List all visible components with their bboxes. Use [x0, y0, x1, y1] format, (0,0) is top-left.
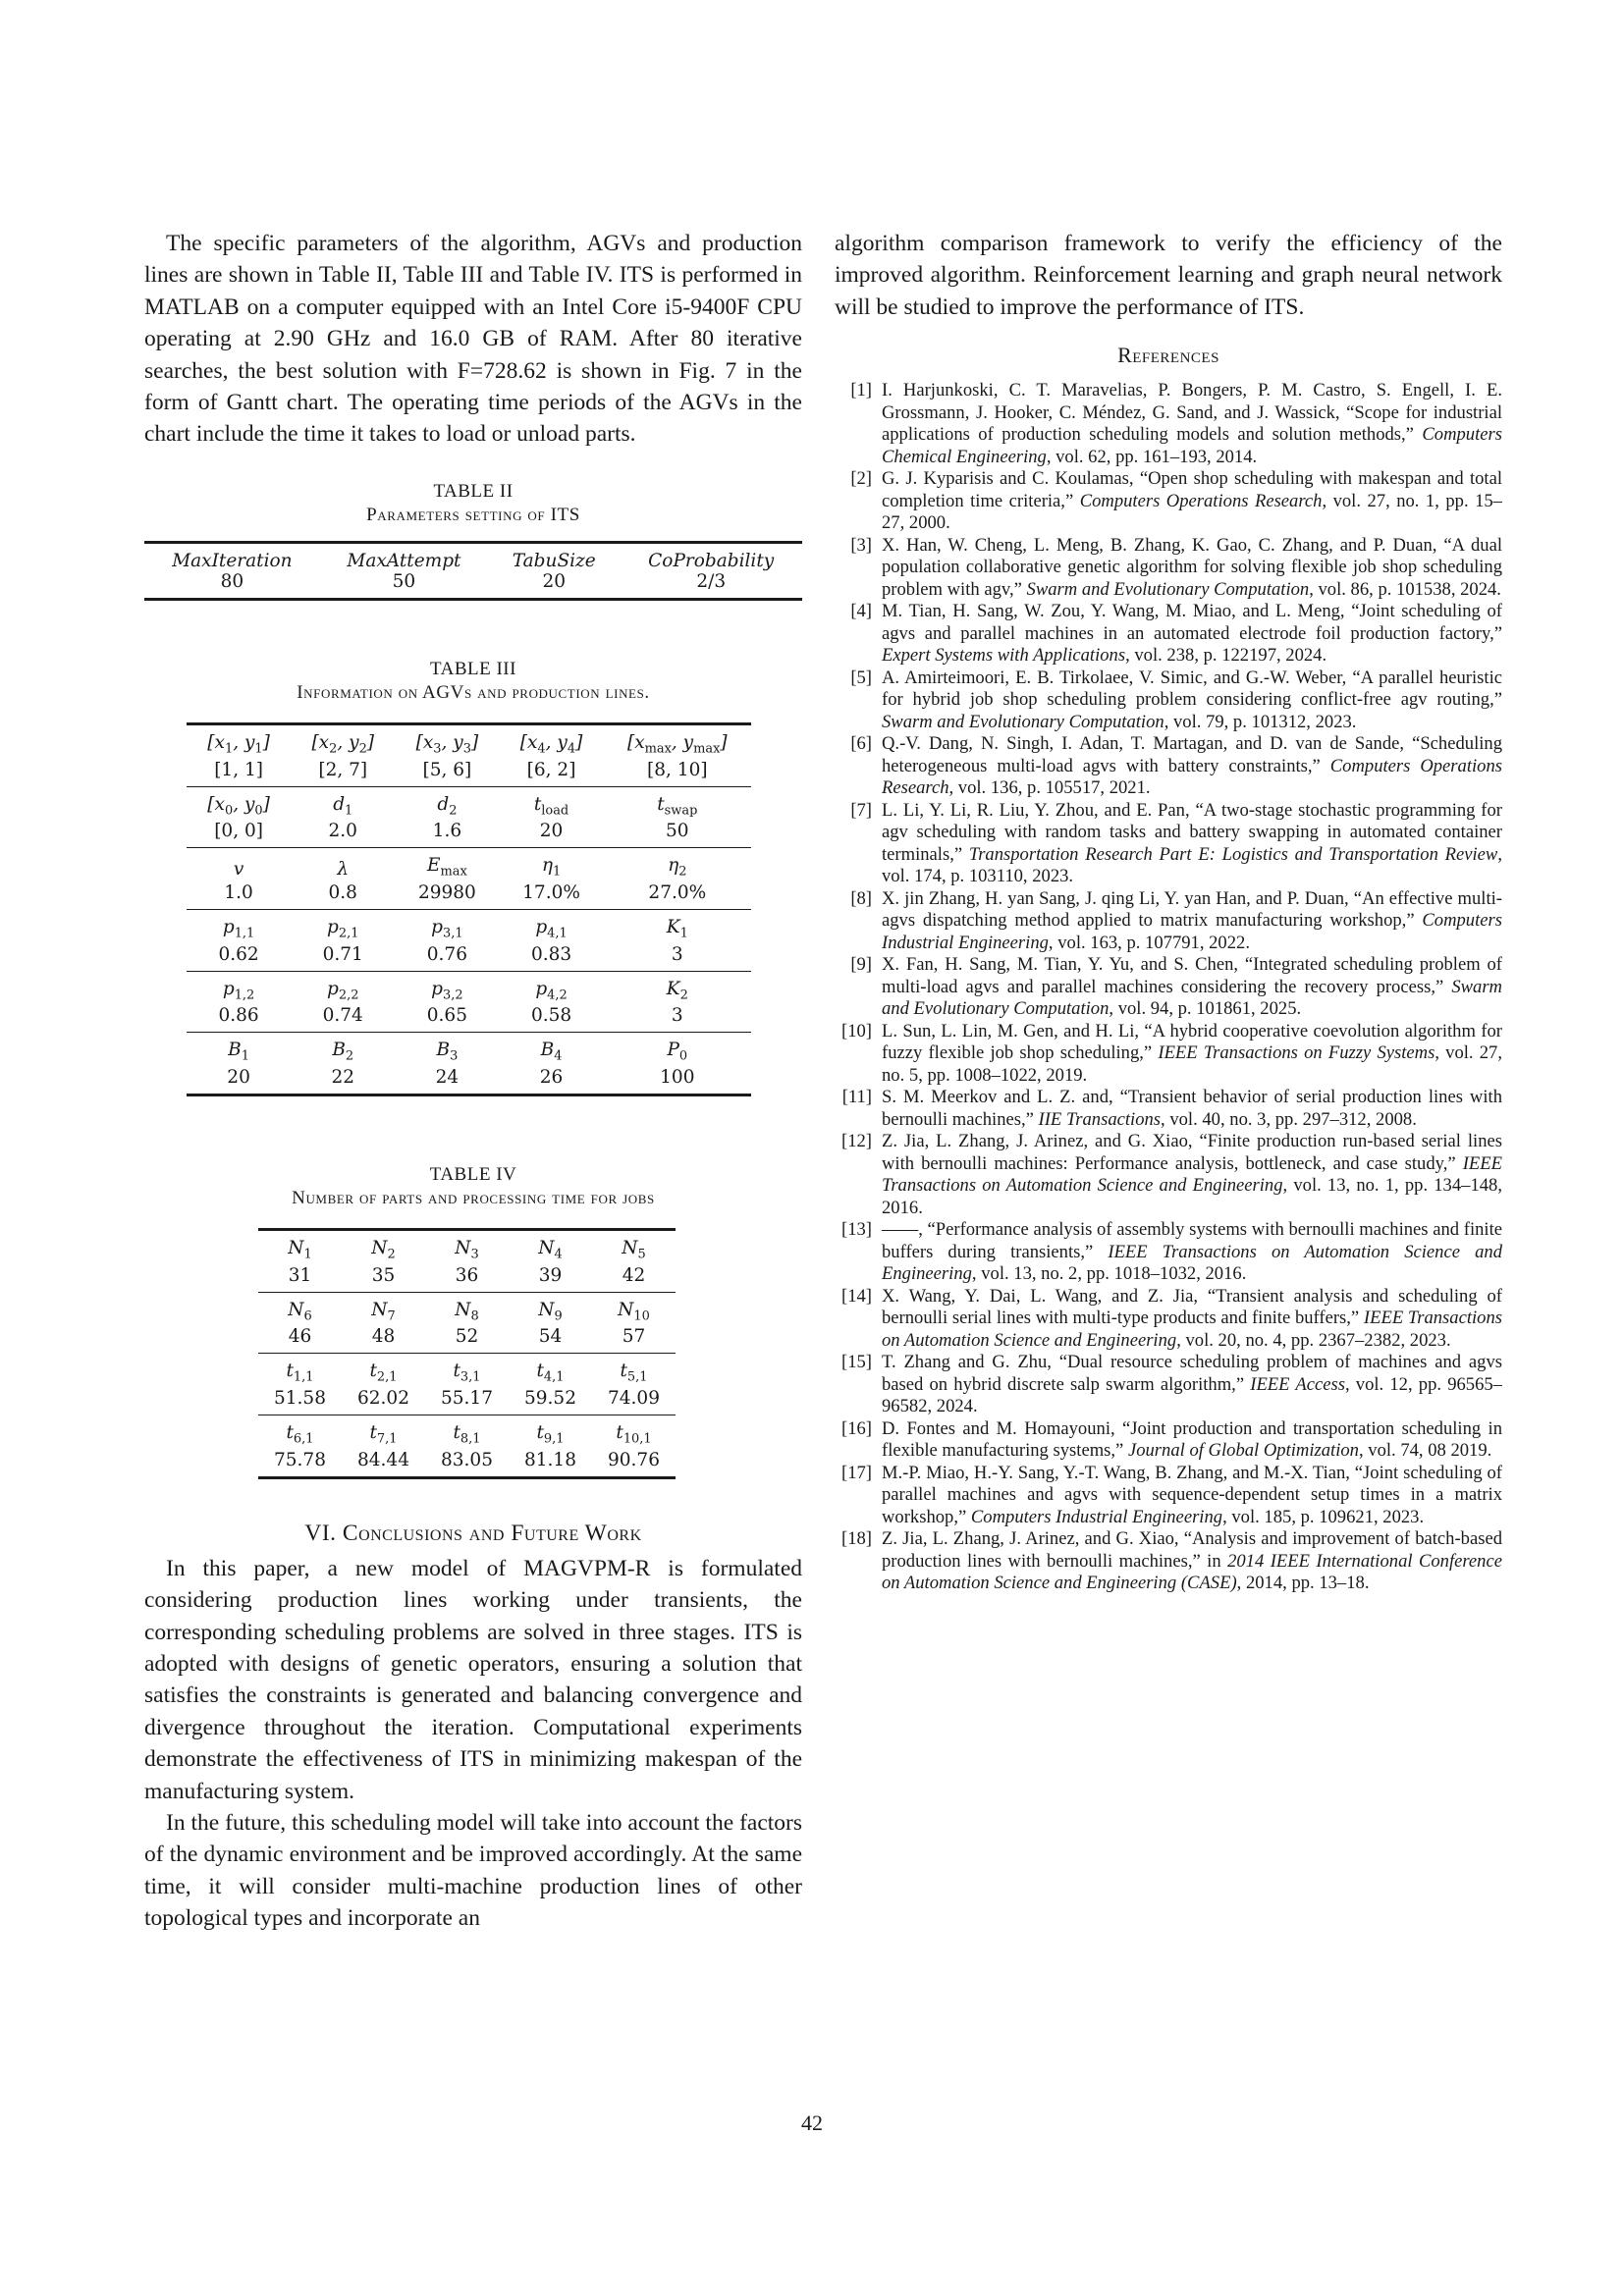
reference-number: [15] — [835, 1352, 872, 1374]
reference-item: [11]S. M. Meerkov and L. Z. and, “Transi… — [835, 1087, 1502, 1131]
table-row-symbols: [x0, y0]d1d2tloadtswap — [187, 786, 751, 821]
intro-paragraph: The specific parameters of the algorithm… — [144, 228, 802, 451]
reference-number: [3] — [835, 535, 872, 558]
reference-venue: 2014 IEEE International Conference on Au… — [882, 1551, 1502, 1594]
reference-number: [17] — [835, 1463, 872, 1485]
table-4-caption: TABLE IV Number of parts and processing … — [144, 1163, 802, 1210]
table-cell: 27.0% — [604, 882, 751, 910]
table-cell: 54 — [509, 1326, 592, 1354]
reference-venue: Journal of Global Optimization — [1128, 1440, 1359, 1461]
reference-item: [14]X. Wang, Y. Dai, L. Wang, and Z. Jia… — [835, 1286, 1502, 1353]
table-header: N1 — [258, 1229, 342, 1264]
table-row-symbols: vλEmaxη1η2 — [187, 848, 751, 882]
table-header: N8 — [425, 1292, 509, 1326]
table-header: K1 — [604, 909, 751, 943]
table-cell: 50 — [320, 571, 488, 600]
table-cell: 3 — [604, 944, 751, 972]
table-header: d2 — [395, 786, 499, 821]
table-cell: 59.52 — [509, 1388, 592, 1415]
table-header: t9,1 — [509, 1415, 592, 1450]
table-cell: 0.58 — [499, 1005, 603, 1033]
references-list: [1]I. Harjunkoski, C. T. Maravelias, P. … — [835, 380, 1502, 1595]
table-header: N6 — [258, 1292, 342, 1326]
table-4-label: TABLE IV — [144, 1163, 802, 1187]
table-2-label: TABLE II — [144, 480, 802, 504]
table-cell: 0.71 — [291, 944, 395, 972]
reference-number: [14] — [835, 1286, 872, 1308]
table-cell: 22 — [291, 1067, 395, 1095]
table-row-symbols: N1N2N3N4N5 — [258, 1229, 676, 1264]
reference-number: [18] — [835, 1528, 872, 1551]
table-row-symbols: t6,1t7,1t8,1t9,1t10,1 — [258, 1415, 676, 1450]
table-row-symbols: [x1, y1][x2, y2][x3, y3][x4, y4][xmax, y… — [187, 723, 751, 759]
table-header: p4,1 — [499, 909, 603, 943]
table-cell: 0.76 — [395, 944, 499, 972]
right-column: algorithm comparison framework to verify… — [835, 228, 1502, 1595]
table-header: p2,2 — [291, 971, 395, 1005]
table-header: MaxAttempt — [320, 542, 488, 571]
reference-item: [2]G. J. Kyparisis and C. Koulamas, “Ope… — [835, 468, 1502, 535]
table-cell: [1, 1] — [187, 760, 291, 787]
table-row: MaxIteration MaxAttempt TabuSize CoProba… — [144, 542, 802, 571]
table-cell: 0.62 — [187, 944, 291, 972]
reference-venue: Computers Industrial Engineering — [971, 1507, 1222, 1527]
table-row-values: 20222426100 — [187, 1067, 751, 1095]
table-cell: [8, 10] — [604, 760, 751, 787]
table-header: p2,1 — [291, 909, 395, 943]
table-cell: 57 — [592, 1326, 676, 1354]
reference-venue: IEEE Transactions on Automation Science … — [882, 1308, 1502, 1351]
reference-venue: Swarm and Evolutionary Computation — [882, 977, 1502, 1020]
table-header: N7 — [342, 1292, 425, 1326]
table-header: t5,1 — [592, 1354, 676, 1388]
table-cell: 35 — [342, 1265, 425, 1293]
reference-number: [6] — [835, 733, 872, 756]
table-cell: 3 — [604, 1005, 751, 1033]
table-header: [x2, y2] — [291, 723, 395, 759]
table-header: [x4, y4] — [499, 723, 603, 759]
table-3-title: Information on AGVs and production lines… — [144, 681, 802, 705]
conclusion-paragraph-2: In the future, this scheduling model wil… — [144, 1807, 802, 1935]
table-header: MaxIteration — [144, 542, 320, 571]
reference-item: [7]L. Li, Y. Li, R. Liu, Y. Zhou, and E.… — [835, 800, 1502, 888]
reference-item: [10]L. Sun, L. Lin, M. Gen, and H. Li, “… — [835, 1021, 1502, 1088]
table-header: p3,1 — [395, 909, 499, 943]
table-row-values: 51.5862.0255.1759.5274.09 — [258, 1388, 676, 1415]
table-header: [x0, y0] — [187, 786, 291, 821]
table-cell: 1.0 — [187, 882, 291, 910]
left-column: The specific parameters of the algorithm… — [144, 228, 802, 1935]
table-3-grid: [x1, y1][x2, y2][x3, y3][x4, y4][xmax, y… — [187, 722, 751, 1096]
reference-number: [13] — [835, 1219, 872, 1242]
table-cell: [6, 2] — [499, 760, 603, 787]
table-header: η1 — [499, 848, 603, 882]
reference-item: [3]X. Han, W. Cheng, L. Meng, B. Zhang, … — [835, 535, 1502, 602]
table-cell: 100 — [604, 1067, 751, 1095]
table-cell: 0.74 — [291, 1005, 395, 1033]
table-header: N2 — [342, 1229, 425, 1264]
reference-item: [1]I. Harjunkoski, C. T. Maravelias, P. … — [835, 380, 1502, 468]
reference-number: [2] — [835, 468, 872, 491]
table-header: t8,1 — [425, 1415, 509, 1450]
table-header: tswap — [604, 786, 751, 821]
table-row-values: 75.7884.4483.0581.1890.76 — [258, 1450, 676, 1478]
reference-item: [9]X. Fan, H. Sang, M. Tian, Y. Yu, and … — [835, 954, 1502, 1021]
table-4-grid: N1N2N3N4N53135363942N6N7N8N9N10464852545… — [258, 1228, 676, 1479]
table-cell: 1.6 — [395, 821, 499, 848]
table-header: t2,1 — [342, 1354, 425, 1388]
table-cell: 24 — [395, 1067, 499, 1095]
table-header: Emax — [395, 848, 499, 882]
table-2: TABLE II Parameters setting of ITS MaxIt… — [144, 480, 802, 601]
reference-number: [9] — [835, 954, 872, 977]
table-cell: 52 — [425, 1326, 509, 1354]
table-row-symbols: p1,2p2,2p3,2p4,2K2 — [187, 971, 751, 1005]
reference-item: [12]Z. Jia, L. Zhang, J. Arinez, and G. … — [835, 1131, 1502, 1219]
table-cell: 74.09 — [592, 1388, 676, 1415]
conclusion-paragraph-1: In this paper, a new model of MAGVPM-R i… — [144, 1553, 802, 1807]
table-row: 80 50 20 2/3 — [144, 571, 802, 600]
reference-venue: IEEE Access — [1250, 1374, 1345, 1395]
reference-item: [15]T. Zhang and G. Zhu, “Dual resource … — [835, 1352, 1502, 1418]
table-cell: 50 — [604, 821, 751, 848]
table-2-grid: MaxIteration MaxAttempt TabuSize CoProba… — [144, 541, 802, 601]
table-header: N9 — [509, 1292, 592, 1326]
reference-number: [5] — [835, 667, 872, 690]
table-header: K2 — [604, 971, 751, 1005]
table-row-symbols: N6N7N8N9N10 — [258, 1292, 676, 1326]
reference-number: [10] — [835, 1021, 872, 1043]
table-row-symbols: B1B2B3B4P0 — [187, 1033, 751, 1067]
reference-number: [12] — [835, 1131, 872, 1153]
reference-item: [5]A. Amirteimoori, E. B. Tirkolaee, V. … — [835, 667, 1502, 734]
table-cell: 39 — [509, 1265, 592, 1293]
table-row-symbols: t1,1t2,1t3,1t4,1t5,1 — [258, 1354, 676, 1388]
table-row-values: [0, 0]2.01.62050 — [187, 821, 751, 848]
table-cell: 20 — [488, 571, 620, 600]
table-header: B3 — [395, 1033, 499, 1067]
table-header: t6,1 — [258, 1415, 342, 1450]
table-cell: 75.78 — [258, 1450, 342, 1478]
table-cell: 36 — [425, 1265, 509, 1293]
reference-venue: IEEE Transactions on Automation Science … — [882, 1153, 1502, 1197]
table-cell: 51.58 — [258, 1388, 342, 1415]
reference-number: [16] — [835, 1418, 872, 1441]
table-cell: 2/3 — [620, 571, 802, 600]
table-cell: [5, 6] — [395, 760, 499, 787]
reference-number: [7] — [835, 800, 872, 823]
table-cell: 42 — [592, 1265, 676, 1293]
table-header: [x1, y1] — [187, 723, 291, 759]
table-cell: [2, 7] — [291, 760, 395, 787]
reference-number: [8] — [835, 888, 872, 911]
table-2-caption: TABLE II Parameters setting of ITS — [144, 480, 802, 527]
table-cell: 80 — [144, 571, 320, 600]
reference-item: [4]M. Tian, H. Sang, W. Zou, Y. Wang, M.… — [835, 601, 1502, 667]
table-header: [xmax, ymax] — [604, 723, 751, 759]
table-cell: 90.76 — [592, 1450, 676, 1478]
table-cell: 26 — [499, 1067, 603, 1095]
table-header: P0 — [604, 1033, 751, 1067]
table-cell: 29980 — [395, 882, 499, 910]
table-cell: 0.65 — [395, 1005, 499, 1033]
table-row-values: 0.620.710.760.833 — [187, 944, 751, 972]
references-title: References — [835, 343, 1502, 368]
table-4: TABLE IV Number of parts and processing … — [144, 1163, 802, 1479]
table-header: η2 — [604, 848, 751, 882]
table-header: v — [187, 848, 291, 882]
table-header: N10 — [592, 1292, 676, 1326]
table-cell: 81.18 — [509, 1450, 592, 1478]
reference-venue: Computers Chemical Engineering — [882, 424, 1502, 467]
reference-venue: IEEE Transactions on Automation Science … — [882, 1242, 1502, 1285]
table-cell: 55.17 — [425, 1388, 509, 1415]
table-header: CoProbability — [620, 542, 802, 571]
table-cell: 83.05 — [425, 1450, 509, 1478]
table-header: B1 — [187, 1033, 291, 1067]
table-4-title: Number of parts and processing time for … — [144, 1187, 802, 1210]
table-header: [x3, y3] — [395, 723, 499, 759]
reference-item: [16]D. Fontes and M. Homayouni, “Joint p… — [835, 1418, 1502, 1463]
table-cell: 46 — [258, 1326, 342, 1354]
continued-paragraph: algorithm comparison framework to verify… — [835, 228, 1502, 323]
table-header: p4,2 — [499, 971, 603, 1005]
reference-item: [13]——, “Performance analysis of assembl… — [835, 1219, 1502, 1286]
reference-item: [18]Z. Jia, L. Zhang, J. Arinez, and G. … — [835, 1528, 1502, 1595]
reference-venue: Computers Industrial Engineering — [882, 910, 1502, 953]
table-cell: 17.0% — [499, 882, 603, 910]
section-title-conclusions: VI. Conclusions and Future Work — [144, 1521, 802, 1547]
table-3-caption: TABLE III Information on AGVs and produc… — [144, 658, 802, 705]
reference-venue: Transportation Research Part E: Logistic… — [969, 844, 1497, 865]
table-header: d1 — [291, 786, 395, 821]
reference-venue: IIE Transactions — [1039, 1109, 1161, 1130]
table-cell: [0, 0] — [187, 821, 291, 848]
table-header: t1,1 — [258, 1354, 342, 1388]
table-row-values: 0.860.740.650.583 — [187, 1005, 751, 1033]
reference-venue: Computers Operations Research — [1080, 491, 1323, 511]
reference-number: [11] — [835, 1087, 872, 1109]
reference-number: [1] — [835, 380, 872, 402]
table-cell: 2.0 — [291, 821, 395, 848]
reference-venue: Swarm and Evolutionary Computation — [1027, 579, 1310, 600]
page-number: 42 — [0, 2110, 1624, 2136]
table-header: t3,1 — [425, 1354, 509, 1388]
reference-venue: IEEE Transactions on Fuzzy Systems — [1158, 1042, 1435, 1063]
table-header: N4 — [509, 1229, 592, 1264]
table-cell: 84.44 — [342, 1450, 425, 1478]
reference-venue: Expert Systems with Applications — [882, 645, 1125, 666]
table-cell: 62.02 — [342, 1388, 425, 1415]
reference-item: [6]Q.-V. Dang, N. Singh, I. Adan, T. Mar… — [835, 733, 1502, 800]
table-header: p1,2 — [187, 971, 291, 1005]
table-cell: 0.83 — [499, 944, 603, 972]
table-3-label: TABLE III — [144, 658, 802, 681]
reference-number: [4] — [835, 601, 872, 623]
table-cell: 0.8 — [291, 882, 395, 910]
table-row-values: 4648525457 — [258, 1326, 676, 1354]
table-header: p3,2 — [395, 971, 499, 1005]
table-header: N5 — [592, 1229, 676, 1264]
table-header: N3 — [425, 1229, 509, 1264]
table-row-symbols: p1,1p2,1p3,1p4,1K1 — [187, 909, 751, 943]
table-header: TabuSize — [488, 542, 620, 571]
reference-venue: Computers Operations Research — [882, 756, 1502, 799]
table-header: λ — [291, 848, 395, 882]
table-cell: 0.86 — [187, 1005, 291, 1033]
table-cell: 20 — [187, 1067, 291, 1095]
table-cell: 20 — [499, 821, 603, 848]
table-row-values: [1, 1][2, 7][5, 6][6, 2][8, 10] — [187, 760, 751, 787]
table-row-values: 3135363942 — [258, 1265, 676, 1293]
table-header: B2 — [291, 1033, 395, 1067]
table-3: TABLE III Information on AGVs and produc… — [144, 658, 802, 1096]
table-header: t7,1 — [342, 1415, 425, 1450]
table-header: t4,1 — [509, 1354, 592, 1388]
table-cell: 48 — [342, 1326, 425, 1354]
table-header: t10,1 — [592, 1415, 676, 1450]
reference-venue: Swarm and Evolutionary Computation — [882, 712, 1164, 732]
table-header: p1,1 — [187, 909, 291, 943]
table-row-values: 1.00.82998017.0%27.0% — [187, 882, 751, 910]
table-2-title: Parameters setting of ITS — [144, 504, 802, 527]
reference-item: [17]M.-P. Miao, H.-Y. Sang, Y.-T. Wang, … — [835, 1463, 1502, 1529]
table-cell: 31 — [258, 1265, 342, 1293]
reference-item: [8]X. jin Zhang, H. yan Sang, J. qing Li… — [835, 888, 1502, 955]
table-header: tload — [499, 786, 603, 821]
table-header: B4 — [499, 1033, 603, 1067]
